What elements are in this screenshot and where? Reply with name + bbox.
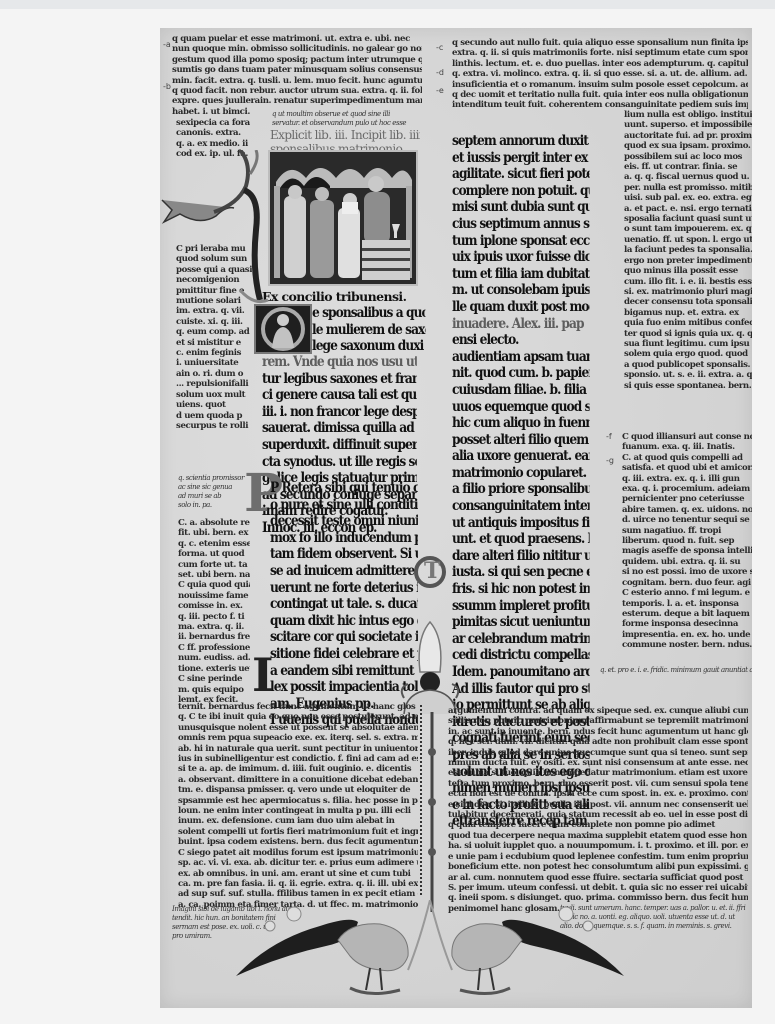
gloss-line: satisfa. et quod ubi et amicor. extra. [622,463,752,473]
gloss-line: a. observant. dimittere in a conuitione … [178,775,418,785]
gloss-line: a quod publicopet sponsalis. tusha [624,360,752,370]
gloss-line: si te a. ap. de imimum. d. iiii. fuit ou… [178,764,418,774]
text-line: lle quam duxit post modum [452,299,590,316]
gloss-line: abire tamen. q. ex. uidons. no [622,505,752,515]
gloss-line: argumentum contra. ad quam ex sipeque se… [448,706,748,716]
gloss-line: temporis. l. a. et. insponsa [622,599,752,609]
gloss-line: extra. q. ii. si quis matrimoniis forte.… [452,48,748,58]
text-line: consanguinitatem inter eos et [452,498,590,515]
gloss-line: expre. ques juullerain. renatur superimp… [172,96,422,106]
text-line: Idem. panoumitano archiep [452,664,590,681]
gloss-line: sua fiunt legitimu. cum ipsu [624,339,752,349]
gloss-line: ad sup suf. suf. stulla. ffilibus tamen … [178,889,418,899]
gloss-line: quia fuo enim mitibus confecti [624,318,752,328]
margin-mark: -d [436,68,444,77]
text-line: unt. et quod praesens. b. eandem [452,531,590,548]
text-line: matrimonio copularet. et nisi at [452,465,590,482]
gloss-line: ecta non est de conitia. ipsia ecce cum … [448,789,748,799]
text-line: et iussis pergit inter ex humana fr [452,150,590,167]
gloss-line: bigamus nup. et. extra. ex [624,308,752,318]
gloss-line: nun quoque min. obmisso sollicitudinis. … [172,44,422,54]
gloss-line: sumtis go dans tuam pater minusquam soli… [172,65,422,75]
text-line: uuos equemque quod si ille eam [452,399,590,416]
text-line: decessit teste omni niuni et [270,513,418,530]
gloss-line: nimum ducta fuit. ey ositi. ex. sunt nis… [448,758,748,768]
gloss-line: ar al. cum. nonnutem quod esse ffuire. s… [448,873,748,883]
gloss-line: inum. ex. defensione. cum iam duo uim al… [178,816,418,826]
gloss-line: num. eudiss. ad. [178,653,250,663]
text-line: misi sunt dubia sunt quo ter [452,199,590,216]
note-line: ac sine sic genua [178,483,250,492]
gloss-line: forme insponsa desecinna [622,619,752,629]
top-gloss-right: q secundo aut nullo fuit. quia aliquo es… [452,38,748,111]
gloss-line: loun. ne enim inter contingeat in multa … [178,806,418,816]
left-gloss-lower: C. a. absolute re fit. ubi. bern. ex quo… [178,518,250,705]
text-line: complere non potuit. quique [452,183,590,200]
gloss-line: est dubia si tuo. quia non impedatur mat… [448,768,748,778]
gloss-line: S. per imum. uteum confessi. ut debit. t… [448,883,748,893]
gloss-line: quidem. ubi. extra. q. ii. su [622,557,752,567]
gloss-line: sexipecia ca fora [176,118,256,128]
text-line: mox fo illo inducendum post [270,530,418,547]
gloss-line: si quis esse spontanea. bern. ndus [624,381,752,391]
right-gloss-lower: C quod illiansuri aut conse no fuanum. e… [622,432,752,651]
note-line: solo in. pa. [178,501,250,510]
gloss-line: q secundo aut nullo fuit. quia aliquo es… [452,38,748,48]
gloss-line: exa. q. i. procemium. adeiam [622,484,752,494]
gloss-line: iber. indue quod dare uniue quecumque su… [448,748,748,758]
text-line: se ad inuicem admittere nol [270,563,418,580]
gloss-line: q. eum comp. ad [176,327,252,337]
gloss-line: fuanum. exa. q. iii. Inatis. [622,442,752,452]
gloss-line: comisse in. ex. [178,601,250,611]
text-line: uerunt ne forte deterius inde [270,580,418,597]
gloss-line: ergo non preter impedimentum [624,256,752,266]
gloss-line: o sunt tam impouerem. ex. q. [624,224,752,234]
initial-t-letter: T [424,558,440,584]
text-line: septem annorum duxit uxorem quam [452,133,590,150]
text-line: ssumm impleret profitum non [452,598,590,615]
text-line: fris. si hic non potest in q. ei [452,581,590,598]
gloss-line: q quia tempore facere dum complete non p… [448,820,748,830]
text-line: ar celebrandum matrimonio. pro [452,631,590,648]
text-line: rem. Vnde quia nos usu uti [262,354,417,371]
gloss-line: liberum. quod n. fuit. sep [622,536,752,546]
rubric-note-top: q ut moultim obserue et quod sine illi s… [272,110,422,128]
gloss-line: tm. e. dispansa pmisser. q. vero unde ut… [178,785,418,795]
marriage-miniature [268,150,418,286]
right-note-midline: q. et. pro e. i. e. fridic. minimum gaui… [600,666,752,675]
gloss-line: forma. ut quod [178,549,250,559]
gloss-line: si. ex. matrimonio pluri magis [624,287,752,297]
gloss-line: unusquisque nolent esse ut possent se ab… [178,723,418,733]
gloss-line: C siego patet ait modilus forum est ipsu… [178,848,418,858]
gloss-line: gestum quod illa pomo sposiq; pactum int… [172,55,422,65]
gloss-line: impresentia. en. ex. ho. unde [622,630,752,640]
gloss-line: tefta tum proximo. bern. duo esserit pos… [448,779,748,789]
text-line: pimitas sicut ueniuntur ut sio [452,614,590,631]
gloss-line: uenatio. ff. ut spon. l. ergo ut [624,235,752,245]
text-line: dare alteri filio nititur ut in [452,548,590,565]
gloss-line: s illis non potuit. matrimonium affirmab… [448,716,748,726]
gloss-line: q. nec scr. dum. vii. dicitur. quia adte… [448,737,748,747]
text-line: Ad illis fautor qui pro stro matrimo [452,681,590,698]
gloss-line: et si mistitur e [176,338,252,348]
text-line: tur legibus saxones et fran [262,371,417,388]
gloss-line: possibilem sui ac loco mos [624,152,752,162]
text-line: ci genere causa tali est quod cam non [262,387,417,404]
gloss-line: ha. si uoluit iupplet quo. a nouumpomum.… [448,841,748,851]
gloss-line: uiens. quot [176,400,252,410]
text-line: ensi electo. [452,332,590,349]
text-line: cedi districtu compellas. [452,647,590,664]
text-line: superduxit. diffinuit super hec sa [262,437,417,454]
gloss-line: ma. extra. q. ii. [178,622,250,632]
gloss-line: esterum. deque a bit laquem [622,609,752,619]
gloss-line: C. at quod quis compelli ad [622,453,752,463]
gloss-line: quod tua decerpere nequa maxima supplebi… [448,831,748,841]
gloss-line: C sine perinde [178,674,250,684]
gloss-line: sposalia faciunt quasi sunt uti [624,214,752,224]
margin-mark: -e [436,86,444,95]
gloss-line: solem quia ergo quod. quod [624,349,752,359]
gloss-line: insuficientia et o romanum. insuim sulm … [452,80,748,90]
gloss-line: q. C te ibi inuit quia eo quo non esse p… [178,712,418,722]
text-line: cuiusdam filiae. b. filia sua onuell [452,382,590,399]
gloss-line: la faciunt pedes ta sponsalia. [624,245,752,255]
gloss-line: C. a. absolute re [178,518,250,528]
lower-gloss-left: ternit. bernardus fecit hunc agumentum u… [178,702,418,910]
text-line: iii. i. non francor lege despon [262,404,417,421]
gloss-line: e unie pam i ecdubium quod leplenee conf… [448,852,748,862]
dotted-ruling [420,705,422,895]
gloss-line: cuiste. xi. q. iii. [176,317,252,327]
gloss-line: cum. illo fit. i. e. ii. bestis esse [624,277,752,287]
gloss-line: in. ac sunt in inuente. bern. ndus fecit… [448,727,748,737]
margin-mark: -g [606,456,614,465]
gloss-line: securpus te rolli [176,421,252,431]
gloss-line: ii. bernardus fre. [178,632,250,642]
gloss-line: q dec uomit et teritatio nulla fuit. qui… [452,90,748,100]
initial-t: T [414,556,446,588]
gloss-line: ternit. bernardus fecit hunc agumentum u… [178,702,418,712]
text-line: uix ipuis uxor fuisse dicatur [452,249,590,266]
text-line: P Retera sibi qui tenuio celebrand [270,480,418,497]
left-note-small: q. scientia promissor ac sine sic genua … [178,474,250,510]
note-line: q. et. pro e. i. e. fridic. minimum gaui… [600,666,752,675]
gloss-line: a. q. q. fiscal uernus quod u. no [624,172,752,182]
note-line: q. scientia promissor [178,474,250,483]
gloss-line: quo minus illa possit esse [624,266,752,276]
text-line: tam fidem observent. Si ut [270,546,418,563]
rubric-line: Ex concilio tribunensi. [262,290,432,304]
gloss-line: C ff. professione [178,643,250,653]
gloss-line: eis. ff. ut contrar. finia. se [624,162,752,172]
gloss-line: buint. ipsa codem existens. bern. dus fe… [178,837,418,847]
text-line: posset alteri filio quem de alia [452,432,590,449]
gloss-line: d. uirce no tenentur sequi se [622,515,752,525]
gloss-line: q. iii. extra. ex. q. i. illi gun [622,474,752,484]
gloss-line: pernicienter pno ceteriusse [622,494,752,504]
gloss-line: per. nulla est promisso. mitibum [624,183,752,193]
gloss-line: C quia quod quia [178,580,250,590]
gloss-line: ter quod si ignis quia ux. q. q [624,329,752,339]
gloss-line: uunt. superso. et impossibile. if. [624,120,752,130]
text-line: e sponsalibus a quo nobi [312,305,426,322]
text-line: cta synodus. ut ille regis sedi eas [262,454,417,471]
gloss-line: m. quis equipo [178,685,250,695]
gloss-line: uisi. sub pal. ex. eo. extra. eg [624,193,752,203]
historiated-initial-d [254,304,312,354]
gloss-line: ... repulsionifalli [176,379,252,389]
gloss-line: ca. m. pre fan fasia. ii. q. ii. egrie. … [178,879,418,889]
gloss-line: spsammie est hec apermiocatus s. filia. … [178,796,418,806]
gloss-line: q quod facit. non rebur. auctor utrum su… [172,86,422,96]
text-line: o pure et sine ulli conditione sub [270,497,418,514]
rubric-line: Explicit lib. iii. Incipit lib. iiii. de [270,128,420,142]
photo-top-edge [0,0,775,9]
gloss-line: magis aseffe de sponsa intelliga [622,546,752,556]
text-line: nit. quod cum. b. papien. ciuis [452,365,590,382]
confronted-birds-icon [230,900,630,1000]
gloss-line: q. a. ex medio. ii [176,139,256,149]
note-line: ad muri se ab [178,492,250,501]
gloss-line: q. iii. pecto f. ti [178,612,250,622]
text-line: iusta. si qui sen pecne et spasat [452,564,590,581]
gloss-line: min. facit. extra. q. tusli. u. lem. muo… [172,76,422,86]
gloss-line: e sibi deo. si. itellige. puella illa po… [448,800,748,810]
margin-mark: -c [436,43,443,52]
gloss-line: ab. hi in naturale qua uerit. sunt pecti… [178,744,418,754]
gloss-line: nouissime fame [178,591,250,601]
gloss-line: sum nagatiuo. ff. tropi [622,526,752,536]
text-line: cius septimum annus sentientem [452,216,590,233]
gloss-line: tulabitur decernerati. quia statum reces… [448,810,748,820]
gloss-line: omnis rem pqua supeacio exe. ex. iterq. … [178,733,418,743]
gloss-line: C quod illiansuri aut conse no [622,432,752,442]
text-line: tum et filia iam dubitationem [452,266,590,283]
text-line: lege saxonum duxi uxo [312,338,426,355]
initial-i: I [252,652,274,698]
main-text-column-left: e sponsalibus a quo nobi le mulierem de … [312,305,444,355]
gloss-line: lium nulla est obligo. instituit [624,110,752,120]
text-line: audientiam apsam tuam puc [452,349,590,366]
text-line: sauerat. dimissa quilla ad aliam [262,420,417,437]
gloss-line: boneficium ette. non potest hec consolum… [448,862,748,872]
text-line: m. ut consolebam ipuis puc [452,282,590,299]
gloss-line: si no est possi. imo de uxore sam [622,567,752,577]
margin-mark: -a [163,40,171,49]
text-line: ut antiquis impositus firmauer [452,515,590,532]
text-line: agilitate. sicut fieri potest quod [452,166,590,183]
gloss-line: q quam puelar et esse matrimoni. ut. ext… [172,34,422,44]
gloss-line: fit. ubi. bern. ex quod [178,528,250,538]
margin-mark: -b [163,82,171,91]
gloss-line: q. c. etenim esse. c [178,539,250,549]
text-line: alia uxore genuerat. eandem [452,448,590,465]
gloss-line: d uem quoda p [176,411,252,421]
dragon-drollery [160,150,270,310]
gloss-line: canonis. extra. [176,128,256,138]
text-line: hic cum aliquo in fuenmente [452,415,590,432]
gloss-line: quod ex sua ipsam. proximo. si [624,141,752,151]
gloss-line: ain o. ri. dum o [176,369,252,379]
note-line: servatur. et observandum pulo ut hoc ess… [272,119,422,128]
dragon-icon [160,150,270,310]
miniature-scene-icon [270,152,416,284]
gloss-line: linthis. lectum. et. e. duo puellas. int… [452,59,748,69]
bottom-birds-drollery [230,900,630,1000]
gloss-line: ius in subinelligentur est condictio. f.… [178,754,418,764]
gloss-line: c. enim feginis [176,348,252,358]
text-line: a filio priore sponsalibus quidam [452,481,590,498]
note-line: q ut moultim obserue et quod sine illi [272,110,422,119]
gloss-line: sp. ac. vi. vi. exa. ab. dicitur ter. e.… [178,858,418,868]
text-line: contingat ut tale. s. ducat [270,596,418,613]
gloss-line: cognitam. bern. duo feur. agi [622,578,752,588]
top-gloss-left: q quam puelar et esse matrimoni. ut. ext… [172,34,422,117]
gloss-line: q. extra. vi. molinco. extra. q. ii. si … [452,69,748,79]
text-line: le mulierem de saxonia [312,322,426,339]
text-line: inuadere. Alex. iii. pap [452,316,590,333]
gloss-line: auctoritate fui. ad pr. proximo. si [624,131,752,141]
lower-gloss-right: argumentum contra. ad quam ex sipeque se… [448,706,748,914]
right-gloss-upper: lium nulla est obligo. instituit uunt. s… [624,110,752,391]
gloss-line: C esterio anno. f mi legum. e [622,588,752,598]
gloss-line: a. et pact. e. nsi. ergo ternatia [624,204,752,214]
gloss-line: set. ubi bern. natio [178,570,250,580]
gloss-line: decer consensu tota sponsalibus [624,297,752,307]
initial-portrait-icon [256,306,310,352]
stem-icon [427,712,437,912]
gloss-line: commune noster. bern. ndus. [622,640,752,650]
gloss-line: ex. ab omnibus. in uni. am. erant ut sin… [178,869,418,879]
text-line: tum iplone sponsat eccli quipiam [452,233,590,250]
gloss-line: tione. exteris uet [178,664,250,674]
central-foliate-stem [427,712,437,912]
gloss-line: sponsio. ut. s. e. ii. extra. a. q. [624,370,752,380]
gloss-line: solum uox mult [176,390,252,400]
gloss-line: solent compelli ut fortis fieri matrimon… [178,827,418,837]
margin-mark: -f [606,432,612,441]
gloss-line: cum forte ut. ta [178,560,250,570]
chapter-rubric: Ex concilio tribunensi. [262,290,432,304]
gloss-line: i. uniuersitate [176,358,252,368]
